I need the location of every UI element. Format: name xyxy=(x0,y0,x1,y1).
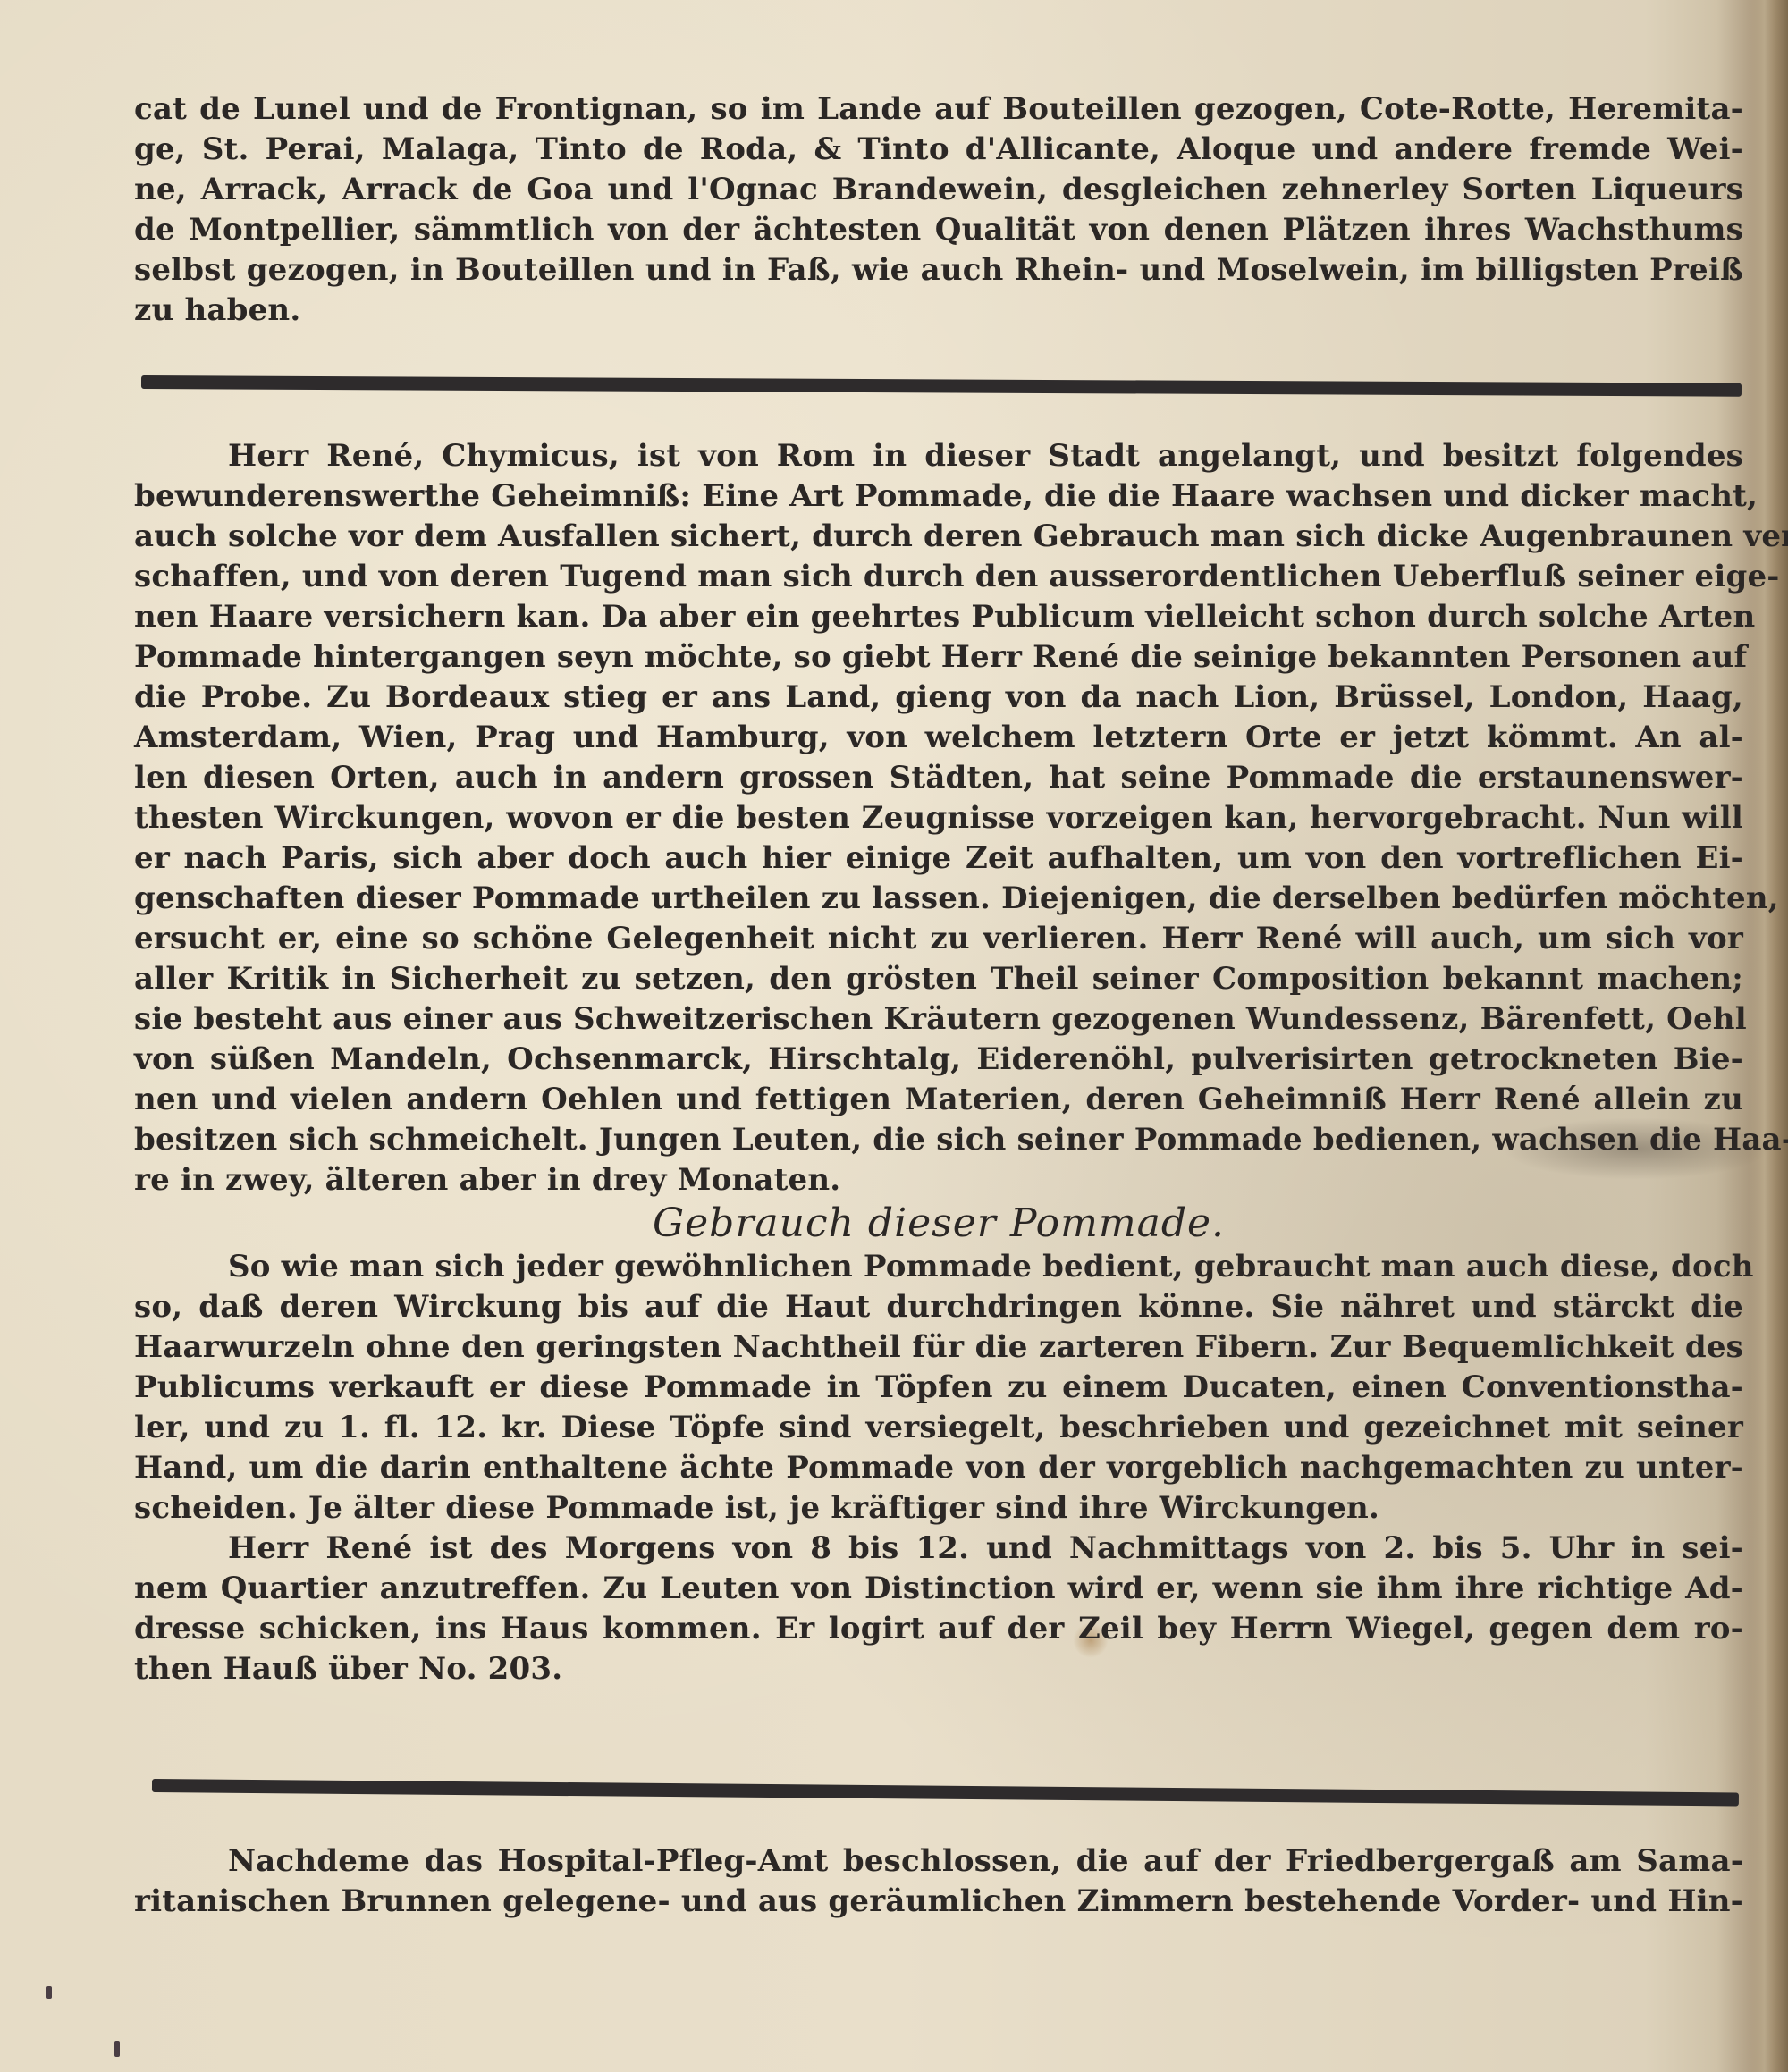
text-line: auch solche vor dem Ausfallen sichert, d… xyxy=(134,517,1743,557)
hospital-notice: Nachdeme das Hospital-Pfleg-Amt beschlos… xyxy=(134,1841,1743,1922)
text-line: ritanischen Brunnen gelegene- und aus ge… xyxy=(134,1882,1743,1922)
text-line: nen und vielen andern Oehlen und fettige… xyxy=(134,1080,1743,1120)
text-line: Haarwurzeln ohne den geringsten Nachthei… xyxy=(134,1327,1743,1368)
pommade-advertisement: Herr René, Chymicus, ist von Rom in dies… xyxy=(134,436,1743,1689)
text-line: re in zwey, älteren aber in drey Monaten… xyxy=(134,1160,1743,1200)
ink-speck xyxy=(46,1986,52,1999)
text-line: ne, Arrack, Arrack de Goa und l'Ognac Br… xyxy=(134,170,1743,210)
text-line: besitzen sich schmeichelt. Jungen Leuten… xyxy=(134,1120,1743,1160)
text-line: thesten Wirckungen, wovon er die besten … xyxy=(134,798,1743,838)
text-line: So wie man sich jeder gewöhnlichen Pomma… xyxy=(134,1247,1743,1287)
text-line: selbst gezogen, in Bouteillen und in Faß… xyxy=(134,250,1743,291)
text-line: ersucht er, eine so schöne Gelegenheit n… xyxy=(134,919,1743,959)
page-edge xyxy=(1749,0,1788,2072)
text-line: er nach Paris, sich aber doch auch hier … xyxy=(134,838,1743,879)
text-line: Nachdeme das Hospital-Pfleg-Amt beschlos… xyxy=(134,1841,1743,1882)
text-line: ge, St. Perai, Malaga, Tinto de Roda, & … xyxy=(134,130,1743,170)
text-line: nen Haare versichern kan. Da aber ein ge… xyxy=(134,597,1743,637)
text-line: zu haben. xyxy=(134,291,1743,331)
text-line: bewunderenswerthe Geheimniß: Eine Art Po… xyxy=(134,476,1743,517)
text-line: von süßen Mandeln, Ochsenmarck, Hirschta… xyxy=(134,1040,1743,1080)
text-line: so, daß deren Wirckung bis auf die Haut … xyxy=(134,1287,1743,1327)
text-line: dresse schicken, ins Haus kommen. Er log… xyxy=(134,1609,1743,1649)
text-line: Herr René, Chymicus, ist von Rom in dies… xyxy=(134,436,1743,476)
text-line: Pommade hintergangen seyn möchte, so gie… xyxy=(134,637,1743,678)
text-line: aller Kritik in Sicherheit zu setzen, de… xyxy=(134,959,1743,999)
text-line: ler, und zu 1. fl. 12. kr. Diese Töpfe s… xyxy=(134,1408,1743,1448)
section-divider-rule xyxy=(141,375,1742,397)
ink-speck xyxy=(114,2041,120,2057)
text-line: scheiden. Je älter diese Pommade ist, je… xyxy=(134,1488,1743,1529)
text-line: de Montpellier, sämmtlich von der ächtes… xyxy=(134,210,1743,250)
section-heading: Gebrauch dieser Pommade. xyxy=(134,1200,1743,1247)
text-line: sie besteht aus einer aus Schweitzerisch… xyxy=(134,999,1743,1040)
text-line: then Hauß über No. 203. xyxy=(134,1649,1743,1689)
text-line: Herr René ist des Morgens von 8 bis 12. … xyxy=(134,1529,1743,1569)
text-line: Publicums verkauft er diese Pommade in T… xyxy=(134,1368,1743,1408)
wine-advertisement: cat de Lunel und de Frontignan, so im La… xyxy=(134,89,1743,331)
text-line: len diesen Orten, auch in andern grossen… xyxy=(134,758,1743,798)
section-divider-rule xyxy=(152,1779,1739,1806)
text-line: Amsterdam, Wien, Prag und Hamburg, von w… xyxy=(134,718,1743,758)
text-line: cat de Lunel und de Frontignan, so im La… xyxy=(134,89,1743,130)
newspaper-page: cat de Lunel und de Frontignan, so im La… xyxy=(0,0,1788,2072)
text-line: genschaften dieser Pommade urtheilen zu … xyxy=(134,879,1743,919)
text-line: schaffen, und von deren Tugend man sich … xyxy=(134,557,1743,597)
text-line: nem Quartier anzutreffen. Zu Leuten von … xyxy=(134,1569,1743,1609)
text-line: die Probe. Zu Bordeaux stieg er ans Land… xyxy=(134,678,1743,718)
text-line: Hand, um die darin enthaltene ächte Pomm… xyxy=(134,1448,1743,1488)
